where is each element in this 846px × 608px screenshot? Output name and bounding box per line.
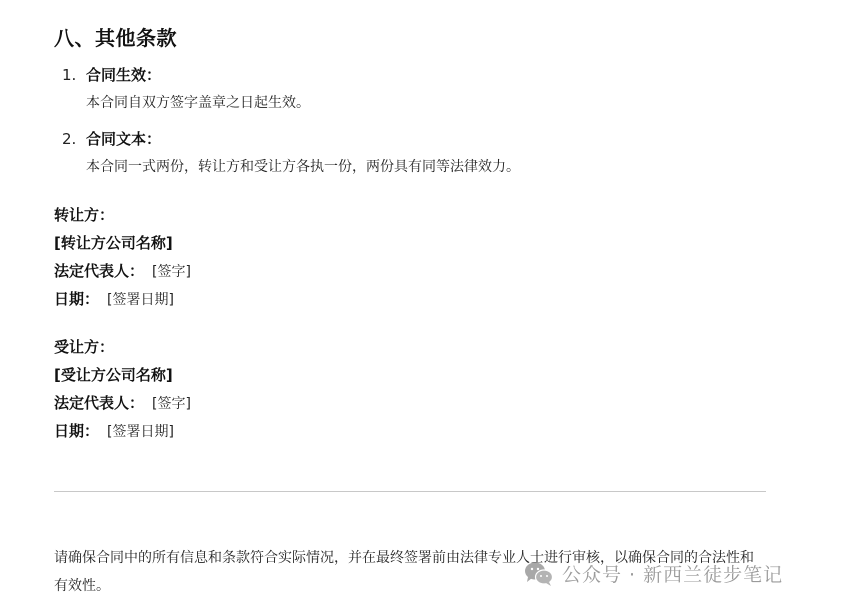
representative-value: [签字]	[152, 264, 191, 280]
transferor-representative: 法定代表人：[签字]	[54, 260, 191, 281]
watermark: 公众号 · 新西兰徒步笔记	[524, 560, 783, 587]
clause-text: 本合同自双方签字盖章之日起生效。	[86, 92, 310, 112]
clause-item: 2.合同文本： 本合同一式两份，转让方和受让方各执一份，两份具有同等法律效力。	[62, 128, 520, 176]
representative-value: [签字]	[152, 396, 191, 412]
document-page: 八、其他条款 1.合同生效： 本合同自双方签字盖章之日起生效。 2.合同文本： …	[0, 0, 846, 608]
clause-item: 1.合同生效： 本合同自双方签字盖章之日起生效。	[62, 64, 310, 112]
transferee-date: 日期：[签署日期]	[54, 420, 174, 441]
transferor-label: 转让方：	[54, 204, 114, 225]
transferee-company: [受让方公司名称]	[54, 364, 173, 385]
watermark-text: 公众号 · 新西兰徒步笔记	[562, 560, 783, 587]
transferee-label: 受让方：	[54, 336, 114, 357]
date-label: 日期：	[54, 422, 99, 440]
transferor-date: 日期：[签署日期]	[54, 288, 174, 309]
date-value: [签署日期]	[107, 424, 174, 440]
transferee-representative: 法定代表人：[签字]	[54, 392, 191, 413]
section-heading: 八、其他条款	[54, 22, 177, 51]
date-label: 日期：	[54, 290, 99, 308]
horizontal-divider	[54, 491, 766, 492]
wechat-icon	[524, 561, 554, 587]
clause-number: 2.	[62, 130, 86, 148]
clause-title: 合同生效：	[86, 66, 161, 84]
clause-title: 合同文本：	[86, 130, 161, 148]
clause-number: 1.	[62, 66, 86, 84]
representative-label: 法定代表人：	[54, 394, 144, 412]
clause-text: 本合同一式两份，转让方和受让方各执一份，两份具有同等法律效力。	[86, 156, 520, 176]
date-value: [签署日期]	[107, 292, 174, 308]
transferor-company: [转让方公司名称]	[54, 232, 173, 253]
representative-label: 法定代表人：	[54, 262, 144, 280]
